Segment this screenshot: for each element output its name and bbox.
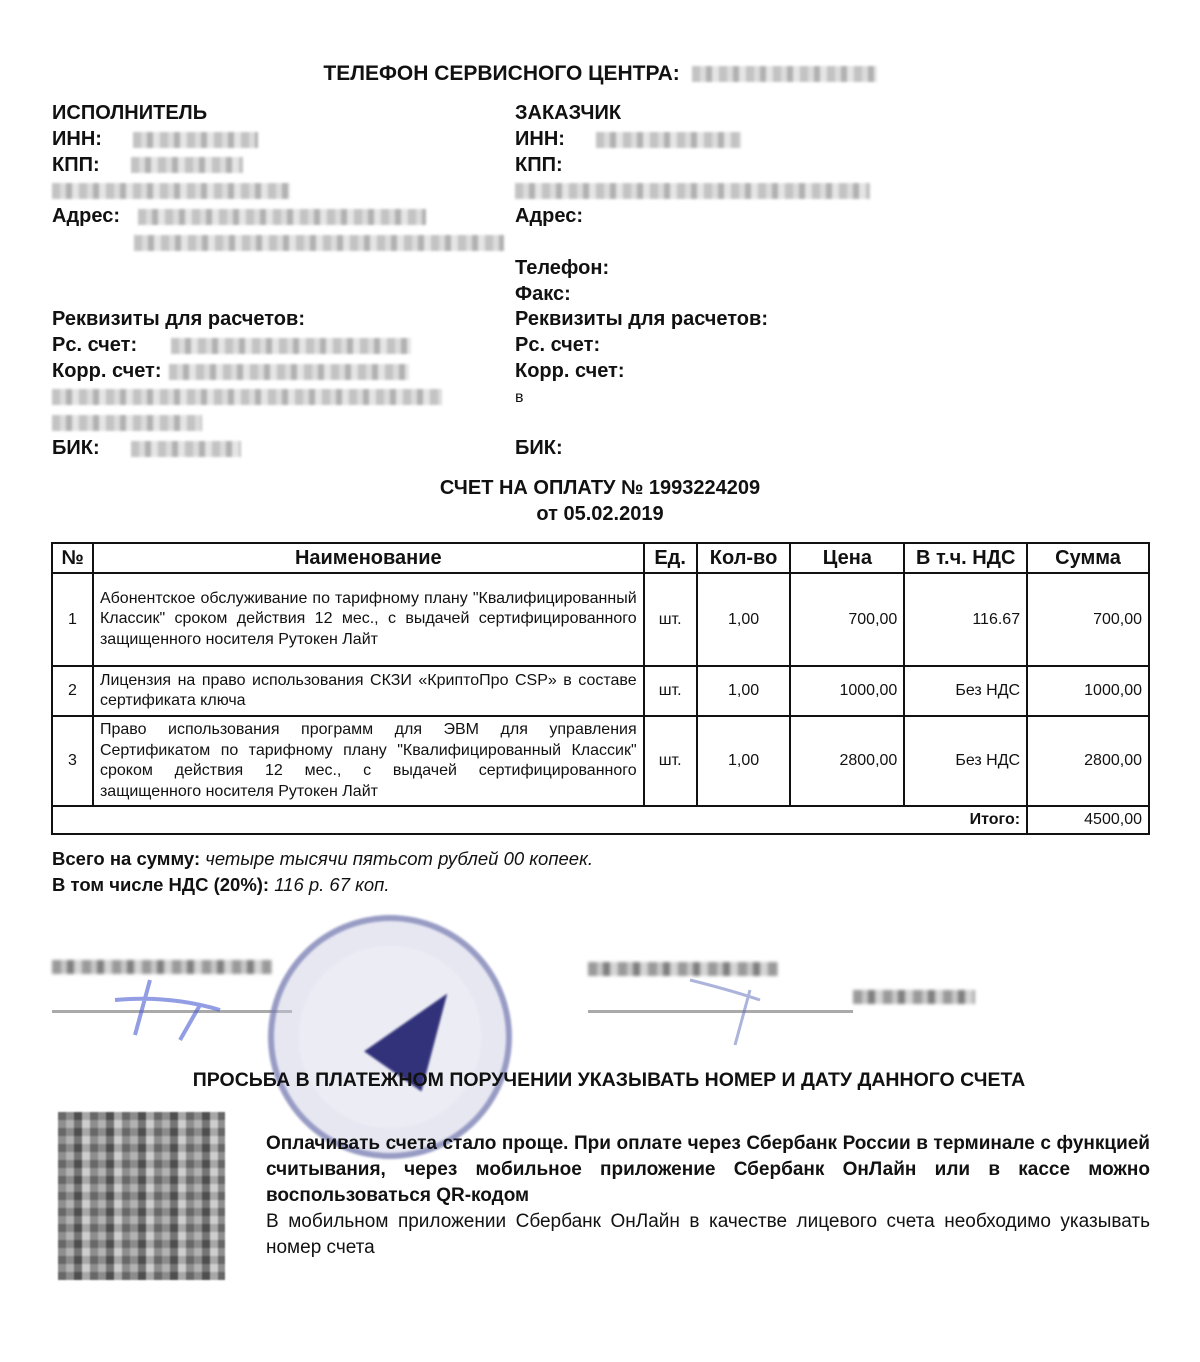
table-row: 3 Право использования программ для ЭВМ д… [52, 716, 1149, 806]
customer-block: ЗАКАЗЧИК ИНН: КПП: Адрес: Телефон: Факс:… [515, 101, 935, 462]
redacted-kpp [131, 157, 243, 173]
signature-scribble-right [680, 970, 790, 1050]
row-unit: шт. [644, 716, 697, 806]
col-header-sum: Сумма [1027, 543, 1149, 573]
summary-vat-label: В том числе НДС (20%): [52, 874, 269, 895]
row-vat: 116.67 [904, 573, 1027, 666]
executor-corr-account-label: Корр. счет: [52, 360, 162, 382]
items-table: № Наименование Ед. Кол-во Цена В т.ч. НД… [51, 542, 1150, 835]
summary-total: Всего на сумму: четыре тысячи пятьсот ру… [52, 848, 593, 870]
row-name: Лицензия на право использования СКЗИ «Кр… [93, 666, 644, 716]
row-name: Абонентское обслуживание по тарифному пл… [93, 573, 644, 666]
redacted-executor-name [52, 183, 290, 199]
qr-info-bold: Оплачивать счета стало проще. При оплате… [266, 1131, 1150, 1209]
total-label: Итого: [52, 806, 1027, 834]
redacted-account [171, 338, 411, 354]
redacted-corr-account [169, 364, 409, 380]
row-num: 2 [52, 666, 93, 716]
executor-bik-label: БИК: [52, 437, 100, 459]
row-price: 700,00 [790, 573, 904, 666]
row-vat: Без НДС [904, 666, 1027, 716]
customer-title: ЗАКАЗЧИК [515, 101, 935, 127]
redacted-phone [692, 66, 877, 82]
summary-total-label: Всего на сумму: [52, 848, 200, 869]
redacted-customer-inn [596, 132, 741, 148]
redacted-bik [131, 441, 241, 457]
col-header-price: Цена [790, 543, 904, 573]
redacted-address-line2 [134, 235, 504, 251]
invoice-date: от 05.02.2019 [0, 503, 1200, 526]
redacted-signer-left [52, 960, 272, 974]
executor-address-label: Адрес: [52, 205, 120, 227]
col-header-qty: Кол-во [697, 543, 791, 573]
customer-requisites-label: Реквизиты для расчетов: [515, 307, 935, 333]
summary-vat-value: 116 р. 67 коп. [274, 874, 389, 895]
row-name: Право использования программ для ЭВМ для… [93, 716, 644, 806]
executor-title: ИСПОЛНИТЕЛЬ [52, 101, 502, 127]
summary-vat: В том числе НДС (20%): 116 р. 67 коп. [52, 874, 390, 896]
row-unit: шт. [644, 666, 697, 716]
customer-address-label: Адрес: [515, 205, 583, 227]
executor-inn-label: ИНН: [52, 128, 102, 150]
customer-fax-label: Факс: [515, 283, 571, 305]
total-value: 4500,00 [1027, 806, 1149, 834]
row-sum: 700,00 [1027, 573, 1149, 666]
service-phone-label: ТЕЛЕФОН СЕРВИСНОГО ЦЕНТРА: [323, 62, 679, 85]
customer-bank-in: в [515, 389, 524, 406]
qr-info-normal: В мобильном приложении Сбербанк ОнЛайн в… [266, 1209, 1150, 1261]
qr-info-text: Оплачивать счета стало проще. При оплате… [266, 1131, 1150, 1261]
row-sum: 1000,00 [1027, 666, 1149, 716]
row-sum: 2800,00 [1027, 716, 1149, 806]
customer-phone-label: Телефон: [515, 257, 609, 279]
signature-scribble-left [110, 975, 260, 1045]
row-price: 1000,00 [790, 666, 904, 716]
qr-code [58, 1112, 225, 1280]
table-row: 2 Лицензия на право использования СКЗИ «… [52, 666, 1149, 716]
col-header-name: Наименование [93, 543, 644, 573]
row-num: 1 [52, 573, 93, 666]
invoice-title: СЧЕТ НА ОПЛАТУ № 1993224209 [0, 477, 1200, 500]
row-num: 3 [52, 716, 93, 806]
customer-corr-account-label: Корр. счет: [515, 360, 625, 382]
row-vat: Без НДС [904, 716, 1027, 806]
executor-block: ИСПОЛНИТЕЛЬ ИНН: КПП: Адрес: Реквизиты д… [52, 101, 502, 462]
col-header-unit: Ед. [644, 543, 697, 573]
redacted-customer-name [515, 183, 870, 199]
executor-account-label: Рс. счет: [52, 334, 137, 356]
row-qty: 1,00 [697, 666, 791, 716]
redacted-inn [133, 132, 258, 148]
col-header-num: № [52, 543, 93, 573]
redacted-signer-right-name [853, 990, 975, 1004]
table-row: 1 Абонентское обслуживание по тарифному … [52, 573, 1149, 666]
row-price: 2800,00 [790, 716, 904, 806]
row-qty: 1,00 [697, 573, 791, 666]
row-unit: шт. [644, 573, 697, 666]
payment-notice: ПРОСЬБА В ПЛАТЕЖНОМ ПОРУЧЕНИИ УКАЗЫВАТЬ … [0, 1069, 1200, 1092]
customer-account-label: Рс. счет: [515, 334, 600, 356]
row-qty: 1,00 [697, 716, 791, 806]
redacted-address-line1 [138, 209, 426, 225]
customer-inn-label: ИНН: [515, 128, 565, 150]
customer-bik-label: БИК: [515, 437, 563, 459]
table-total-row: Итого: 4500,00 [52, 806, 1149, 834]
executor-kpp-label: КПП: [52, 154, 100, 176]
executor-requisites-label: Реквизиты для расчетов: [52, 307, 502, 333]
redacted-bank-name [52, 389, 442, 405]
service-phone-line: ТЕЛЕФОН СЕРВИСНОГО ЦЕНТРА: [0, 62, 1200, 86]
customer-kpp-label: КПП: [515, 154, 563, 176]
redacted-bank-name-2 [52, 415, 202, 431]
summary-total-words: четыре тысячи пятьсот рублей 00 копеек. [205, 848, 593, 869]
col-header-vat: В т.ч. НДС [904, 543, 1027, 573]
table-header-row: № Наименование Ед. Кол-во Цена В т.ч. НД… [52, 543, 1149, 573]
